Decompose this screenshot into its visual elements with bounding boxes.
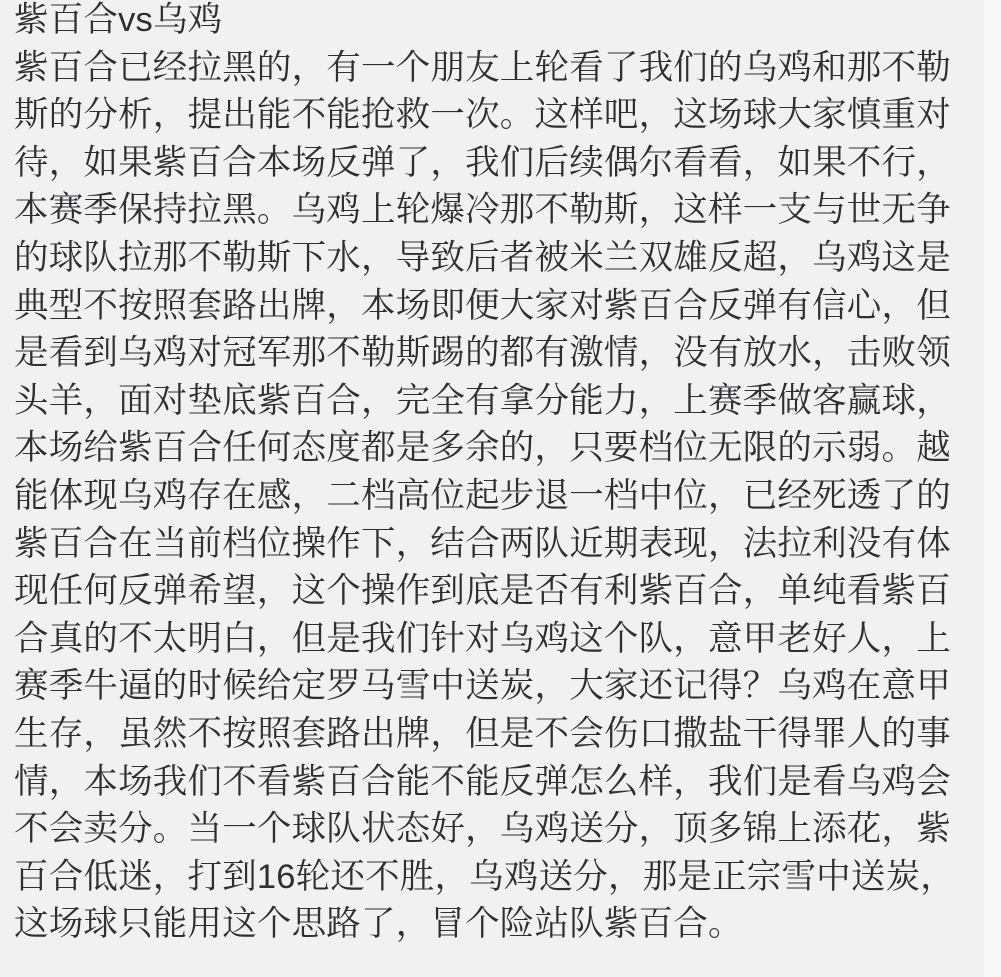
article-line: 生存，虽然不按照套路出牌，但是不会伤口撒盐干得罪人的事	[14, 711, 984, 759]
article-line: 不会卖分。当一个球队状态好，乌鸡送分，顶多锦上添花，紫	[14, 806, 984, 854]
article-line: 现任何反弹希望，这个操作到底是否有利紫百合，单纯看紫百	[14, 568, 984, 616]
article-line: 紫百合在当前档位操作下，结合两队近期表现，法拉利没有体	[14, 521, 984, 569]
article-line: 本场给紫百合任何态度都是多余的，只要档位无限的示弱。越	[14, 425, 984, 473]
article-title: 紫百合vs乌鸡	[14, 0, 984, 45]
article-line: 合真的不太明白，但是我们针对乌鸡这个队，意甲老好人，上	[14, 616, 984, 664]
article-body: 紫百合vs乌鸡 紫百合已经拉黑的，有一个朋友上轮看了我们的乌鸡和那不勒 斯的分析…	[14, 0, 984, 949]
article-line: 能体现乌鸡存在感，二档高位起步退一档中位，已经死透了的	[14, 473, 984, 521]
article-line: 情，本场我们不看紫百合能不能反弹怎么样，我们是看乌鸡会	[14, 759, 984, 807]
article-line: 紫百合已经拉黑的，有一个朋友上轮看了我们的乌鸡和那不勒	[14, 45, 984, 93]
scrollbar-track[interactable]	[984, 0, 1001, 977]
article-line: 是看到乌鸡对冠军那不勒斯踢的都有激情，没有放水，击败领	[14, 330, 984, 378]
article-line: 的球队拉那不勒斯下水，导致后者被米兰双雄反超，乌鸡这是	[14, 235, 984, 283]
article-line: 这场球只能用这个思路了，冒个险站队紫百合。	[14, 901, 984, 949]
article-line: 待，如果紫百合本场反弹了，我们后续偶尔看看，如果不行，	[14, 140, 984, 188]
article-line: 本赛季保持拉黑。乌鸡上轮爆冷那不勒斯，这样一支与世无争	[14, 187, 984, 235]
article-line: 斯的分析，提出能不能抢救一次。这样吧，这场球大家慎重对	[14, 92, 984, 140]
article-line: 头羊，面对垫底紫百合，完全有拿分能力，上赛季做客赢球，	[14, 378, 984, 426]
article-line: 百合低迷，打到16轮还不胜，乌鸡送分，那是正宗雪中送炭，	[14, 854, 984, 902]
article-line: 赛季牛逼的时候给定罗马雪中送炭，大家还记得？乌鸡在意甲	[14, 663, 984, 711]
article-line: 典型不按照套路出牌，本场即便大家对紫百合反弹有信心，但	[14, 283, 984, 331]
